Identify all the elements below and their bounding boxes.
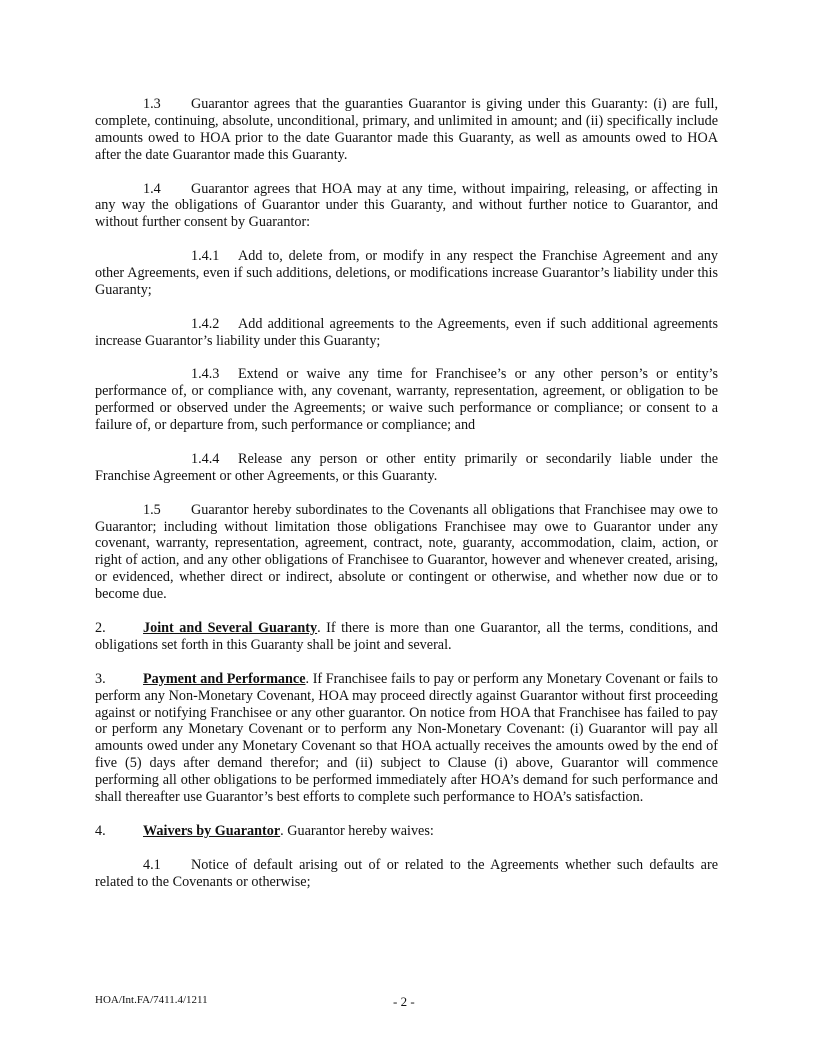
paragraph-1-4-4: 1.4.4Release any person or other entity … [95, 451, 718, 485]
section-number: 3. [95, 671, 143, 688]
paragraph-2: 2.Joint and Several Guaranty. If there i… [95, 620, 718, 654]
paragraph-1-4: 1.4Guarantor agrees that HOA may at any … [95, 181, 718, 232]
paragraph-text: Add to, delete from, or modify in any re… [95, 248, 718, 298]
paragraph-1-3: 1.3Guarantor agrees that the guaranties … [95, 96, 718, 164]
paragraph-1-4-2: 1.4.2Add additional agreements to the Ag… [95, 316, 718, 350]
paragraph-text: Add additional agreements to the Agreeme… [95, 316, 718, 349]
section-number: 1.3 [143, 96, 191, 113]
page-number: - 2 - [393, 994, 415, 1010]
document-id: HOA/Int.FA/7411.4/1211 [95, 994, 208, 1006]
section-number: 1.4 [143, 181, 191, 198]
section-number: 1.4.3 [191, 366, 238, 383]
paragraph-text: Release any person or other entity prima… [95, 451, 718, 484]
section-number: 1.4.2 [191, 316, 238, 333]
section-number: 4. [95, 823, 143, 840]
section-number: 1.5 [143, 502, 191, 519]
paragraph-4-1: 4.1Notice of default arising out of or r… [95, 857, 718, 891]
paragraph-text: . If Franchisee fails to pay or perform … [95, 671, 718, 805]
paragraph-4: 4.Waivers by Guarantor. Guarantor hereby… [95, 823, 718, 840]
section-number: 1.4.4 [191, 451, 238, 468]
document-body: 1.3Guarantor agrees that the guaranties … [95, 96, 718, 907]
section-number: 1.4.1 [191, 248, 238, 265]
paragraph-1-5: 1.5Guarantor hereby subordinates to the … [95, 502, 718, 603]
section-number: 4.1 [143, 857, 191, 874]
section-heading: Payment and Performance [143, 671, 306, 687]
paragraph-text: Extend or waive any time for Franchisee’… [95, 366, 718, 433]
section-number: 2. [95, 620, 143, 637]
paragraph-1-4-1: 1.4.1Add to, delete from, or modify in a… [95, 248, 718, 299]
paragraph-text: . Guarantor hereby waives: [280, 823, 434, 839]
section-heading: Waivers by Guarantor [143, 823, 280, 839]
paragraph-3: 3.Payment and Performance. If Franchisee… [95, 671, 718, 806]
section-heading: Joint and Several Guaranty [143, 620, 317, 636]
paragraph-1-4-3: 1.4.3Extend or waive any time for Franch… [95, 366, 718, 434]
